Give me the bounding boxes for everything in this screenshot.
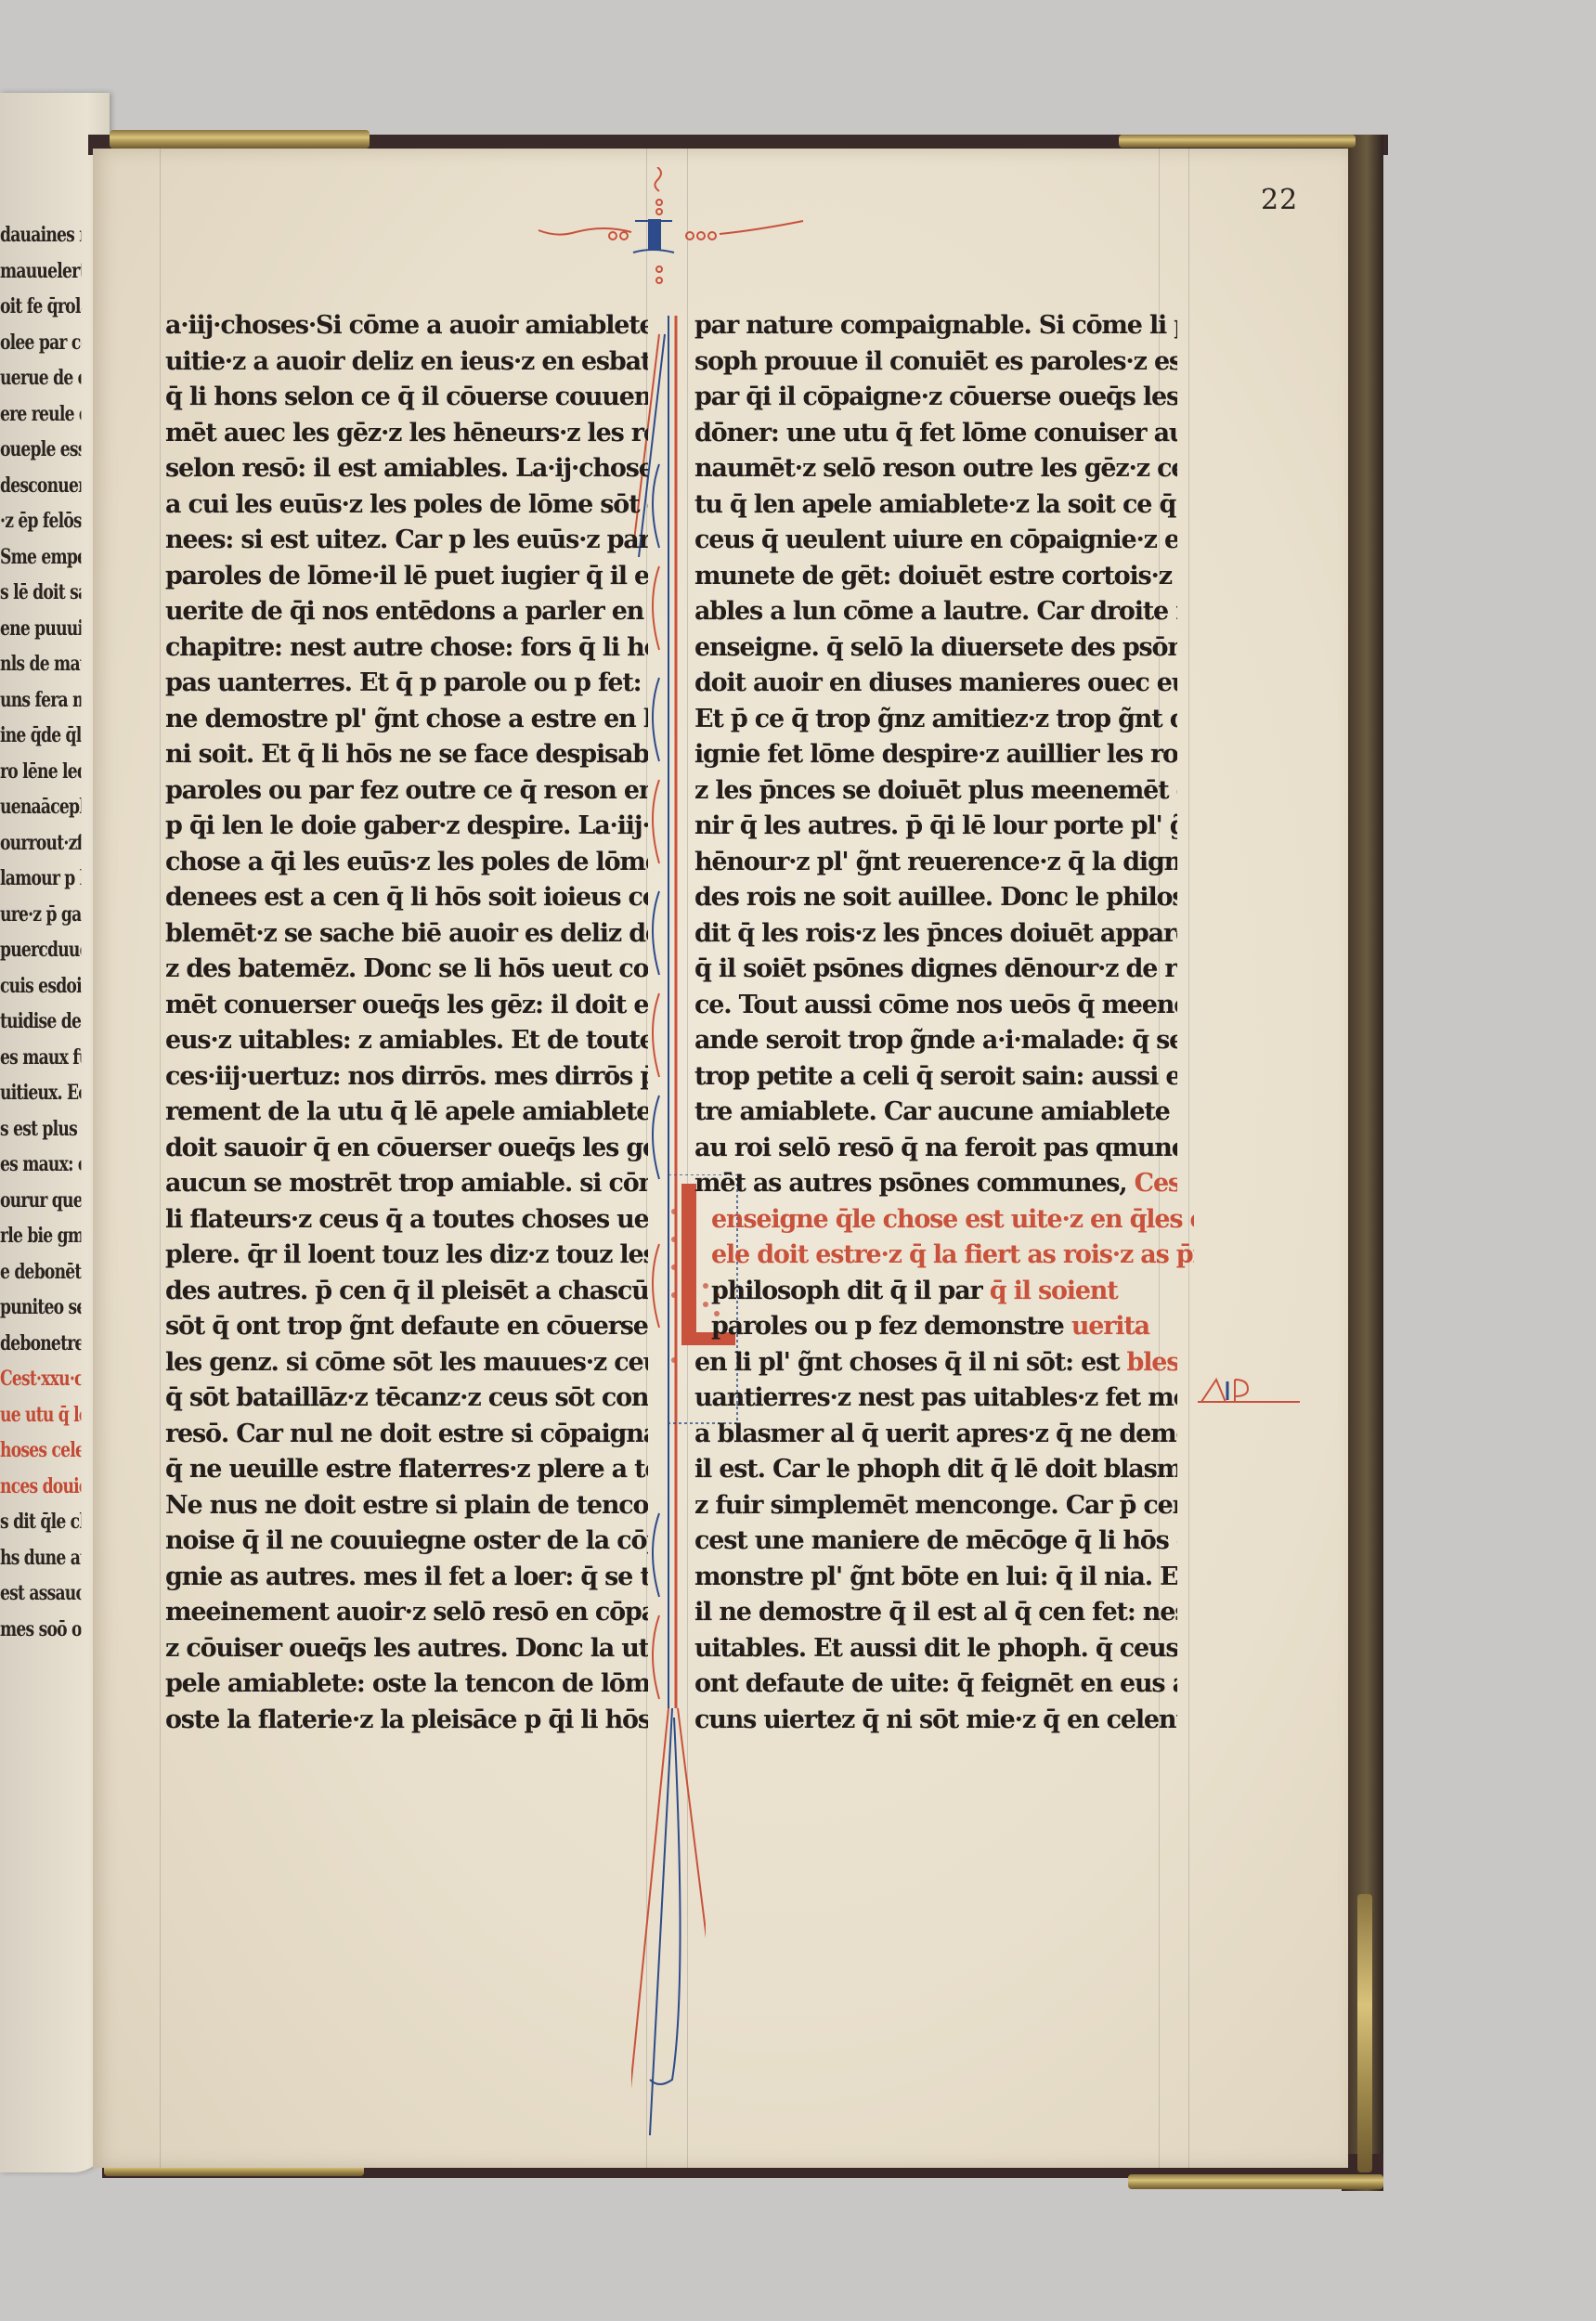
manuscript-line: ont defaute de uite: q̄ feignēt en eus a… (694, 1668, 1177, 1700)
facing-page-line: debonetres·z q̄ (0, 1331, 81, 1355)
manuscript-line: chapitre: nest autre chose: fors q̄ li h… (165, 632, 648, 664)
manuscript-line: uantierres·z nest pas uitables·z fet mol… (694, 1382, 1177, 1414)
margin-paragraph-mark-icon (1198, 1374, 1300, 1411)
manuscript-line: des autres. p̄ cen q̄ il pleisēt a chasc… (165, 1276, 648, 1307)
facing-page-line: ine q̄de q̄l endoie (0, 723, 81, 747)
manuscript-line: p q̄i len le doie gaber·z despire. La·ii… (165, 810, 648, 842)
facing-page-line: nces douieō est a (0, 1474, 81, 1498)
facing-page-line: mauuelertolihō (0, 259, 81, 283)
manuscript-line: monstre pl' g̃nt bōte en lui: q̄ il nia.… (694, 1562, 1177, 1593)
facing-page-line: ure·z p̄ garder le g (0, 902, 81, 927)
facing-page-line: ourur queles au (0, 1188, 81, 1212)
manuscript-line: mēt conuerser oueq̄s les gēz: il doit es… (165, 990, 648, 1021)
gilt-edge-clasp-top-left (110, 130, 370, 149)
facing-page-line: uerue de courage· (0, 366, 81, 390)
manuscript-line: q̄ ne ueuille estre flaterres·z plere a … (165, 1454, 648, 1485)
manuscript-line: dōner: une utu q̄ fet lōme conuiser aue (694, 418, 1177, 449)
rubric-inline: Cest·xxv·cap. (1126, 1169, 1177, 1198)
facing-page-line: desconuenable q̄ (0, 473, 81, 498)
facing-page-line: uitieux. Eo deci (0, 1081, 81, 1105)
facing-page-line: puniteo selo (0, 1295, 81, 1319)
manuscript-line: les genz. si cōme sōt les mauues·z ceus (165, 1347, 648, 1379)
manuscript-line: pas uanterres. Et q̄ p parole ou p fet: … (165, 668, 648, 699)
manuscript-line: Ne nus ne doit estre si plain de tencon … (165, 1490, 648, 1522)
ruling-line (1188, 149, 1189, 2168)
manuscript-line: denees est a cen q̄ li hōs soit ioieus c… (165, 882, 648, 914)
manuscript-line: paroles ou p fez demonstre uerita (711, 1311, 1194, 1342)
manuscript-line: par q̄i il cōpaigne·z cōuerse oueq̄s les… (694, 382, 1177, 413)
manuscript-line: a·iij·choses·Si cōme a auoir amiablete·z (165, 310, 648, 342)
manuscript-line: pele amiablete: oste la tencon de lōme·z (165, 1668, 648, 1700)
manuscript-line: uitie·z a auoir deliz en ieus·z en esbat… (165, 346, 648, 378)
manuscript-line: enseigne q̄le chose est uite·z en q̄les … (711, 1204, 1194, 1236)
facing-page-line: Sme empeche le u (0, 545, 81, 569)
facing-page-line: oueple essamplem (0, 437, 81, 461)
manuscript-line: resō. Car nul ne doit estre si cōpaignab… (165, 1419, 648, 1450)
manuscript-line: doit sauoir q̄ en cōuerser oueq̄s les ge… (165, 1133, 648, 1164)
manuscript-line: ignie fet lōme despire·z auillier les ro… (694, 739, 1177, 771)
facing-page-line: es maux fuld: q (0, 1045, 81, 1070)
manuscript-line: philosoph dit q̄ il par q̄ il soient (711, 1276, 1194, 1307)
manuscript-line: q̄ il soiēt psōnes dignes dēnour·z de re… (694, 953, 1177, 985)
manuscript-line: nees: si est uitez. Car p les euūs·z par… (165, 525, 648, 556)
manuscript-line: trop petite a celi q̄ seroit sain: aussi… (694, 1061, 1177, 1093)
folio-number: 22 (1261, 184, 1298, 216)
manuscript-line: gnie as autres. mes il fet a loer: q̄ se… (165, 1562, 648, 1593)
manuscript-line: meeinement auoir·z selō resō en cōpaigne… (165, 1597, 648, 1628)
manuscript-line: naumēt·z selō reson outre les gēz·z cest… (694, 453, 1177, 485)
manuscript-line: sōt q̄ ont trop g̃nt defaute en cōuerser… (165, 1311, 648, 1342)
manuscript-line: selon resō: il est amiables. La·ij·chose (165, 453, 648, 485)
facing-page-line: Cest·xxu·ca (0, 1367, 81, 1391)
manuscript-line: Et p̄ ce q̄ trop g̃nz amitiez·z trop g̃n… (694, 704, 1177, 735)
facing-page-line: hoses cele utu d (0, 1438, 81, 1462)
manuscript-line: paroles ou par fez outre ce q̄ reson ens… (165, 775, 648, 807)
facing-page-line: s lē doit sauoir q̄ (0, 580, 81, 604)
manuscript-line: enseigne. q̄ selō la diuersete des psōne… (694, 632, 1177, 664)
manuscript-line: eus·z uitables: z amiables. Et de toutes (165, 1025, 648, 1057)
facing-page-line: tuidise desfaute (0, 1009, 81, 1033)
rubric-inline: uerita (1064, 1312, 1149, 1341)
manuscript-line: oste la flaterie·z la pleisāce p q̄i li … (165, 1705, 648, 1736)
manuscript-line: hēnour·z pl' g̃nt reuerence·z q̄ la dign… (694, 847, 1177, 878)
facing-page-line: oit fe q̄rola lo d (0, 294, 81, 318)
manuscript-line: paroles de lōme·il lē puet iugier q̄ il … (165, 561, 648, 592)
facing-page-line: s est plus meuz (0, 1117, 81, 1141)
manuscript-line: il ne demostre q̄ il est al q̄ cen fet: … (694, 1597, 1177, 1628)
manuscript-line: uerite de q̄i nos entēdons a parler en c… (165, 596, 648, 628)
manuscript-line: rement de la utu q̄ lē apele amiablete. … (165, 1096, 648, 1128)
manuscript-line: ceus q̄ ueulent uiure en cōpaignie·z en … (694, 525, 1177, 556)
manuscript-line: z les p̄nces se doiuēt plus meenemēt cōt… (694, 775, 1177, 807)
manuscript-line: q̄ li hons selon ce q̄ il cōuerse couuen… (165, 382, 648, 413)
facing-page-line: ere reule des euus (0, 402, 81, 426)
manuscript-line: dit q̄ les rois·z les p̄nces doiuēt appa… (694, 918, 1177, 950)
manuscript-line: cest une maniere de mēcōge q̄ li hōs de (694, 1525, 1177, 1557)
manuscript-line: ables a lun cōme a lautre. Car droite re… (694, 596, 1177, 628)
manuscript-line: tu q̄ len apele amiablete·z la soit ce q… (694, 489, 1177, 521)
manuscript-line: ce. Tout aussi cōme nos ueōs q̄ meene ui (694, 990, 1177, 1021)
ruling-line (160, 149, 161, 2168)
facing-page-line: ·z ēp felōs. Or ey (0, 509, 81, 533)
manuscript-line: plere. q̄r il loent touz les diz·z touz … (165, 1239, 648, 1271)
manuscript-line: z fuir simplemēt menconge. Car p̄ cen qu… (694, 1490, 1177, 1522)
manuscript-line: nir q̄ les autres. p̄ q̄i lē lour porte … (694, 810, 1177, 842)
facing-page-line: est assauoir q̄l (0, 1581, 81, 1605)
facing-page-line: olee par couruie (0, 331, 81, 355)
gilt-edge-clasp-right-lower (1357, 1894, 1372, 2172)
facing-page-line: s dit q̄le chose esd (0, 1510, 81, 1534)
facing-page-line: nls de maurue (0, 652, 81, 676)
gilt-edge-clasp-bottom-right (1128, 2174, 1383, 2189)
manuscript-line: munete de gēt: doiuēt estre cortois·z am… (694, 561, 1177, 592)
manuscript-line: doit auoir en diuses manieres ouec eus. (694, 668, 1177, 699)
manuscript-line: ces·iij·uertuz: nos dirrōs. mes dirrōs p… (165, 1061, 648, 1093)
manuscript-line: des rois ne soit auillee. Donc le philos… (694, 882, 1177, 914)
facing-page-line: cuis esdoicide bon (0, 974, 81, 998)
manuscript-line: q̄ sōt bataillāz·z tēcanz·z ceus sōt con… (165, 1382, 648, 1414)
facing-page-line: ue utu q̄ le apr (0, 1403, 81, 1427)
facing-page-line: e debonēte fer q̄l (0, 1260, 81, 1284)
manuscript-line: cuns uiertez q̄ ni sōt mie·z q̄ en celen… (694, 1705, 1177, 1736)
manuscript-line: li flateurs·z ceus q̄ a toutes choses ue… (165, 1204, 648, 1236)
facing-page-line: dauaines mauue (0, 223, 81, 247)
manuscript-line: aucun se mostrēt trop amiable. si cōme s… (165, 1168, 648, 1199)
manuscript-line: a cui les euūs·z les poles de lōme sōt o… (165, 489, 648, 521)
facing-page-line: puercduuer saz d (0, 938, 81, 962)
running-header-initial: I (650, 223, 668, 260)
manuscript-line: en li pl' g̃nt choses q̄ il ni sōt: est … (694, 1347, 1177, 1379)
manuscript-line: mēt as autres psōnes communes, Cest·xxv·… (694, 1168, 1177, 1199)
manuscript-line: il est. Car le phoph dit q̄ lē doit blas… (694, 1454, 1177, 1485)
manuscript-line: mēt auec les gēz·z les hēneurs·z les rec… (165, 418, 648, 449)
facing-page-line: lamour p la relo (0, 866, 81, 890)
manuscript-line: noise q̄ il ne couuiegne oster de la cōp… (165, 1525, 648, 1557)
manuscript-line: ne demostre pl' g̃nt chose a estre en lu… (165, 704, 648, 735)
facing-page-line: uenaācephaine (0, 795, 81, 819)
manuscript-line: ande seroit trop g̃nde a·i·malade: q̄ se… (694, 1025, 1177, 1057)
facing-page-line: ene puuuis les m (0, 616, 81, 641)
manuscript-line: z des batemēz. Donc se li hōs ueut couen… (165, 953, 648, 985)
facing-page-line: uns fera mis de u (0, 688, 81, 712)
rubric-inline: bles. (1119, 1348, 1177, 1377)
manuscript-line: tre amiablete. Car aucune amiablete afie… (694, 1096, 1177, 1128)
manuscript-line: uitables. Et aussi dit le phoph. q̄ ceus (694, 1633, 1177, 1665)
running-header-flourish-icon (520, 167, 817, 297)
facing-page-line: es maux: cu p̄ed (0, 1152, 81, 1176)
manuscript-line: au roi selō resō q̄ na feroit pas qmunem (694, 1133, 1177, 1164)
facing-page-line: ourrout·zferuela (0, 831, 81, 855)
manuscript-line: a blasmer al q̄ uerit apres·z q̄ ne demo… (694, 1419, 1177, 1450)
manuscript-line: blemēt·z se sache biē auoir es deliz des… (165, 918, 648, 950)
manuscript-line: z cōuiser oueq̄s les autres. Donc la utu… (165, 1633, 648, 1665)
manuscript-line: par nature compaignable. Si cōme li phil… (694, 310, 1177, 342)
facing-page-line: hs dune autre ittu (0, 1546, 81, 1570)
manuscript-line: ni soit. Et q̄ li hōs ne se face despisa… (165, 739, 648, 771)
facing-page-line: ro lēne ledoit pas a (0, 759, 81, 784)
facing-page-line: rle bie gmū q̄les (0, 1224, 81, 1248)
manuscript-line: soph prouue il conuiēt es paroles·z es e… (694, 346, 1177, 378)
gilt-edge-clasp-top-right (1119, 135, 1356, 148)
facing-page-line: mes soō orden (0, 1617, 81, 1641)
rubric-inline: q̄ il soient (982, 1277, 1118, 1305)
manuscript-line: chose a q̄i les euūs·z les poles de lōme… (165, 847, 648, 878)
manuscript-line: ele doit estre·z q̄ la fiert as rois·z a… (711, 1239, 1194, 1271)
